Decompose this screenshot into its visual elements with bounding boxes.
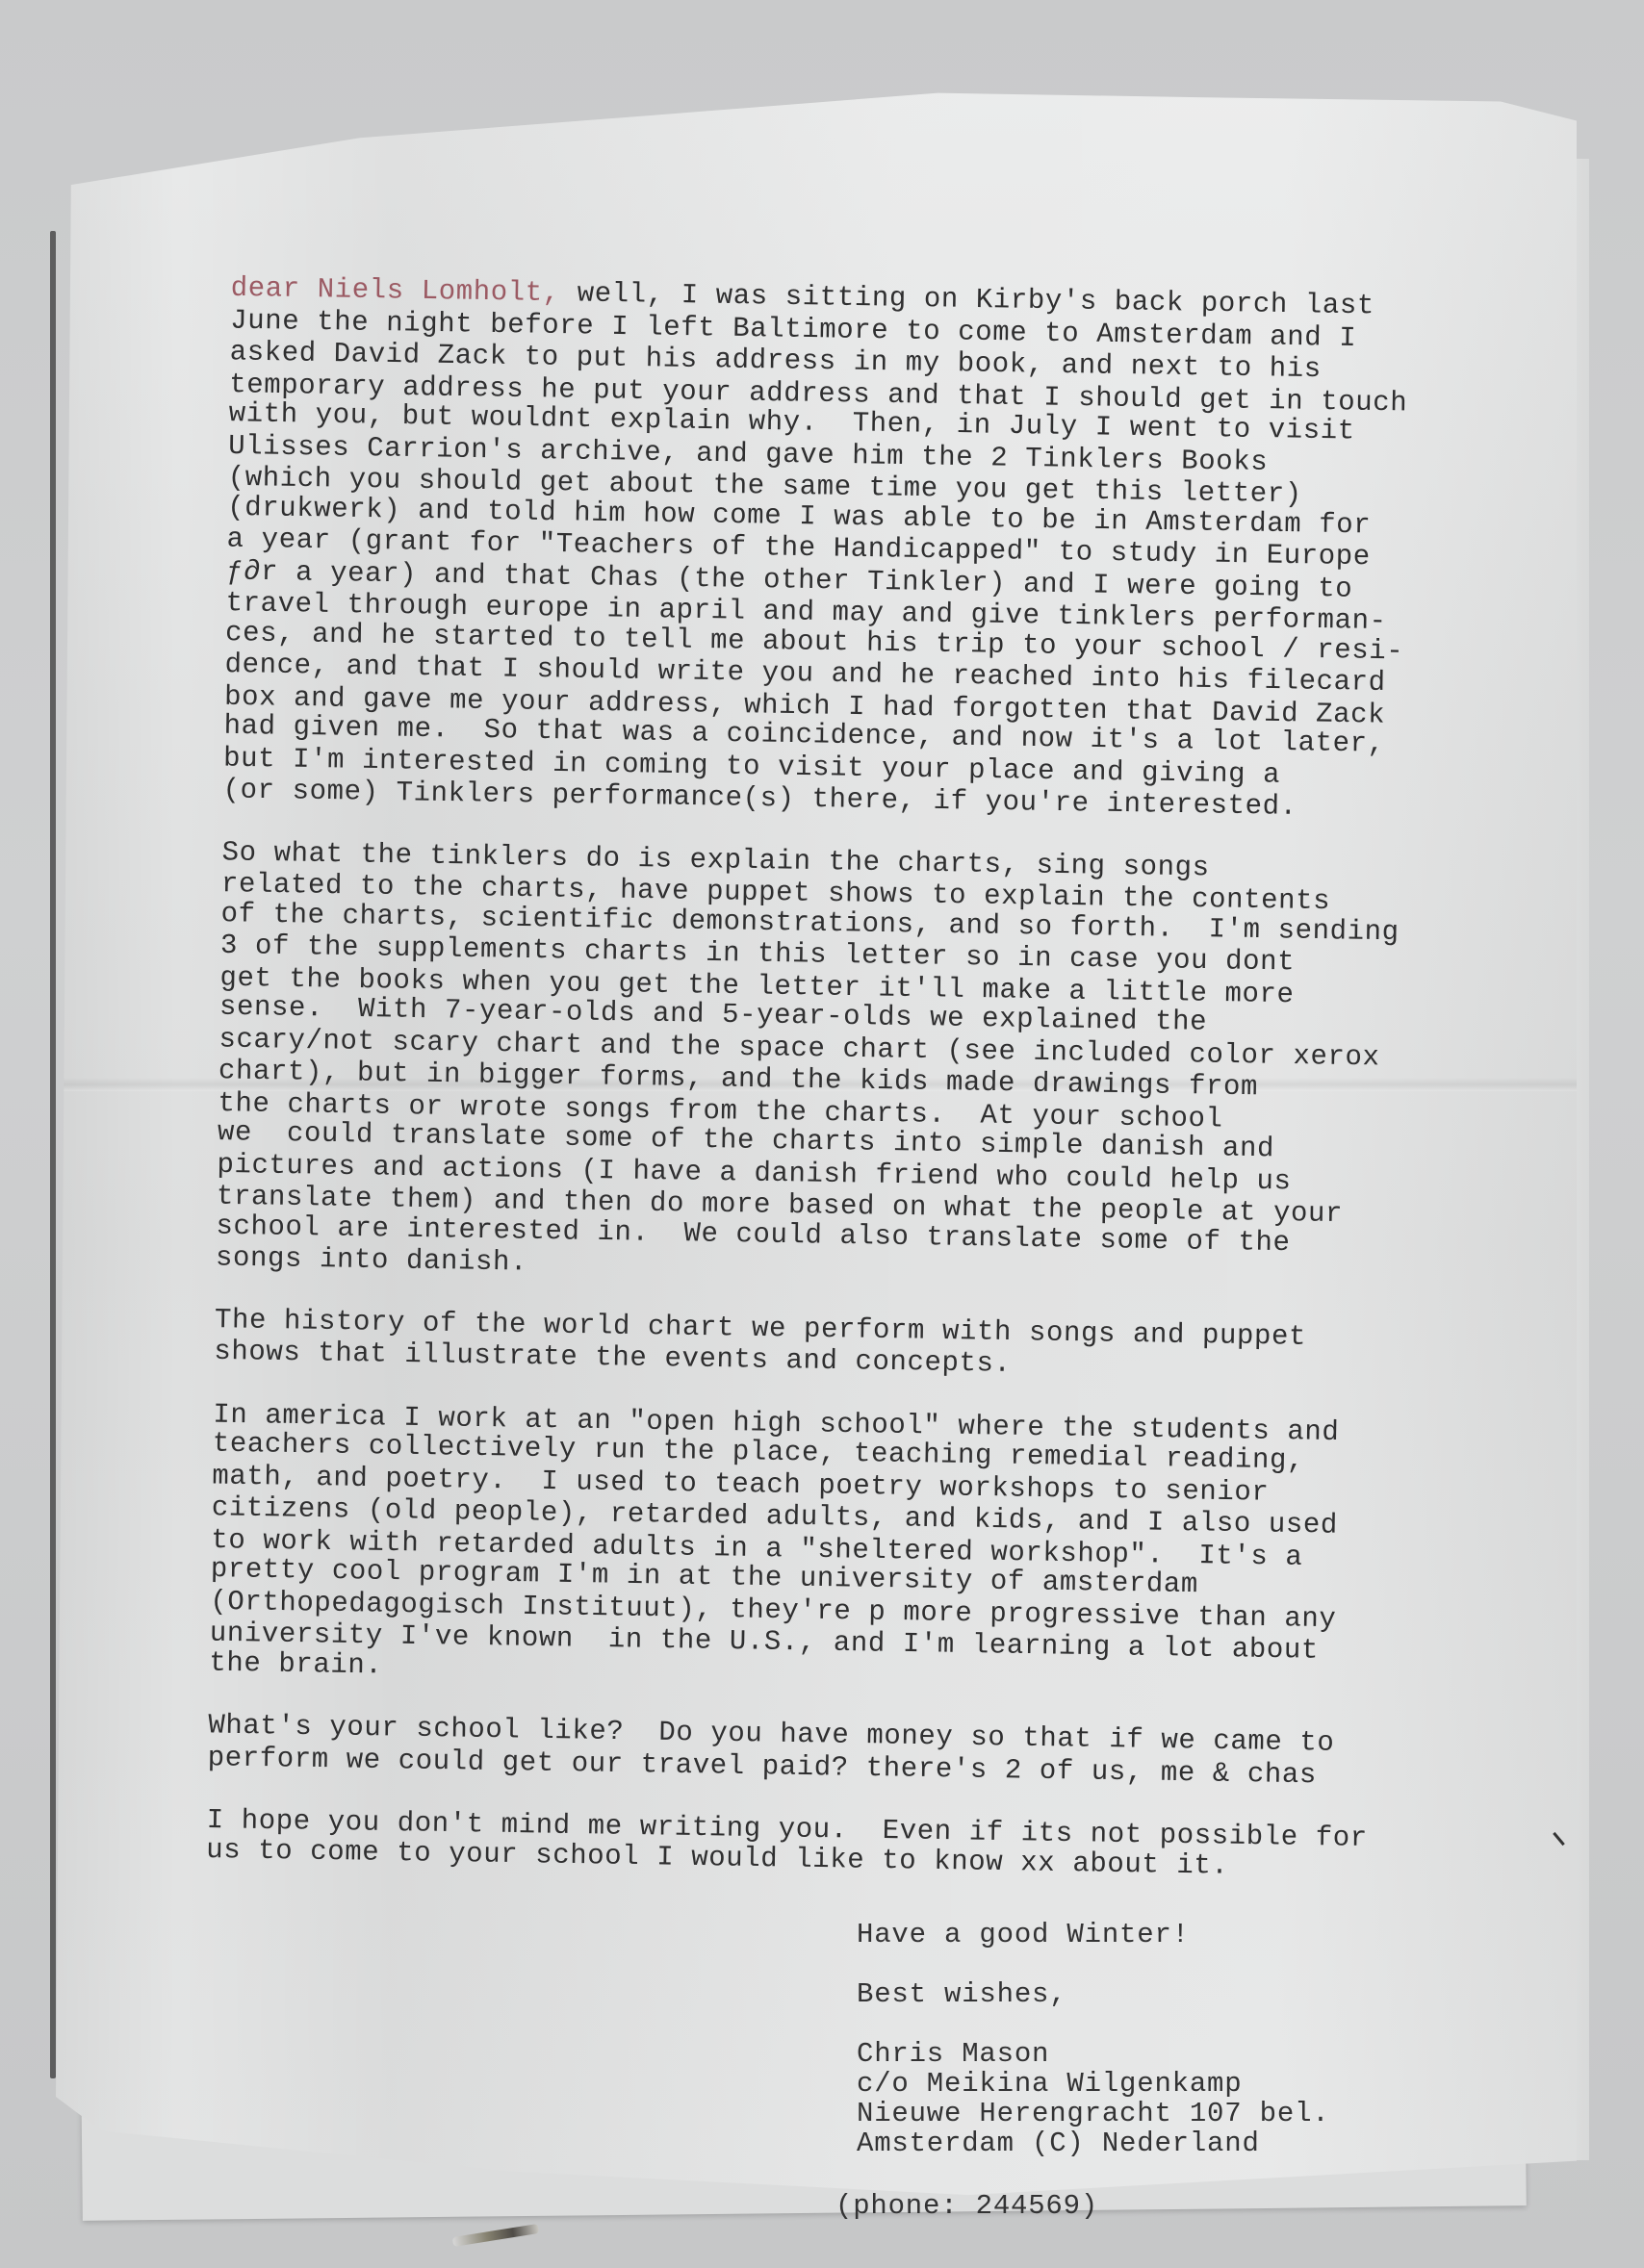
address-line: Nieuwe Herengracht 107 bel.	[857, 2099, 1329, 2128]
paper-clip	[452, 2224, 539, 2247]
closing-greeting: Have a good Winter!	[857, 1920, 1329, 1949]
letter-paragraph: What's your school like? Do you have mon…	[208, 1711, 1556, 1795]
paper-edge-shadow	[50, 231, 56, 2078]
sender-name: Chris Mason	[857, 2039, 1329, 2069]
letter-paragraph: In america I work at an "open high schoo…	[209, 1398, 1560, 1700]
letter-closing: Have a good Winter! Best wishes, Chris M…	[857, 1920, 1329, 2158]
letter-body: dear Niels Lomholt, well, I was sitting …	[206, 274, 1579, 1919]
address-line: c/o Meikina Wilgenkamp	[857, 2069, 1329, 2099]
letter-paragraph: The history of the world chart we perfor…	[214, 1305, 1562, 1389]
sender-phone: (phone: 244569)	[835, 2190, 1098, 2222]
salutation: dear Niels Lomholt,	[231, 272, 561, 309]
spacer	[857, 1949, 1329, 1979]
address-line: Amsterdam (C) Nederland	[857, 2128, 1329, 2158]
letter-paragraph: dear Niels Lomholt, well, I was sitting …	[222, 274, 1579, 827]
letter-paragraph: I hope you don't mind me writing you. Ev…	[206, 1804, 1554, 1888]
spacer	[857, 2009, 1329, 2039]
letter-paragraph: So what the tinklers do is explain the c…	[216, 836, 1570, 1295]
sign-off: Best wishes,	[857, 1979, 1329, 2009]
